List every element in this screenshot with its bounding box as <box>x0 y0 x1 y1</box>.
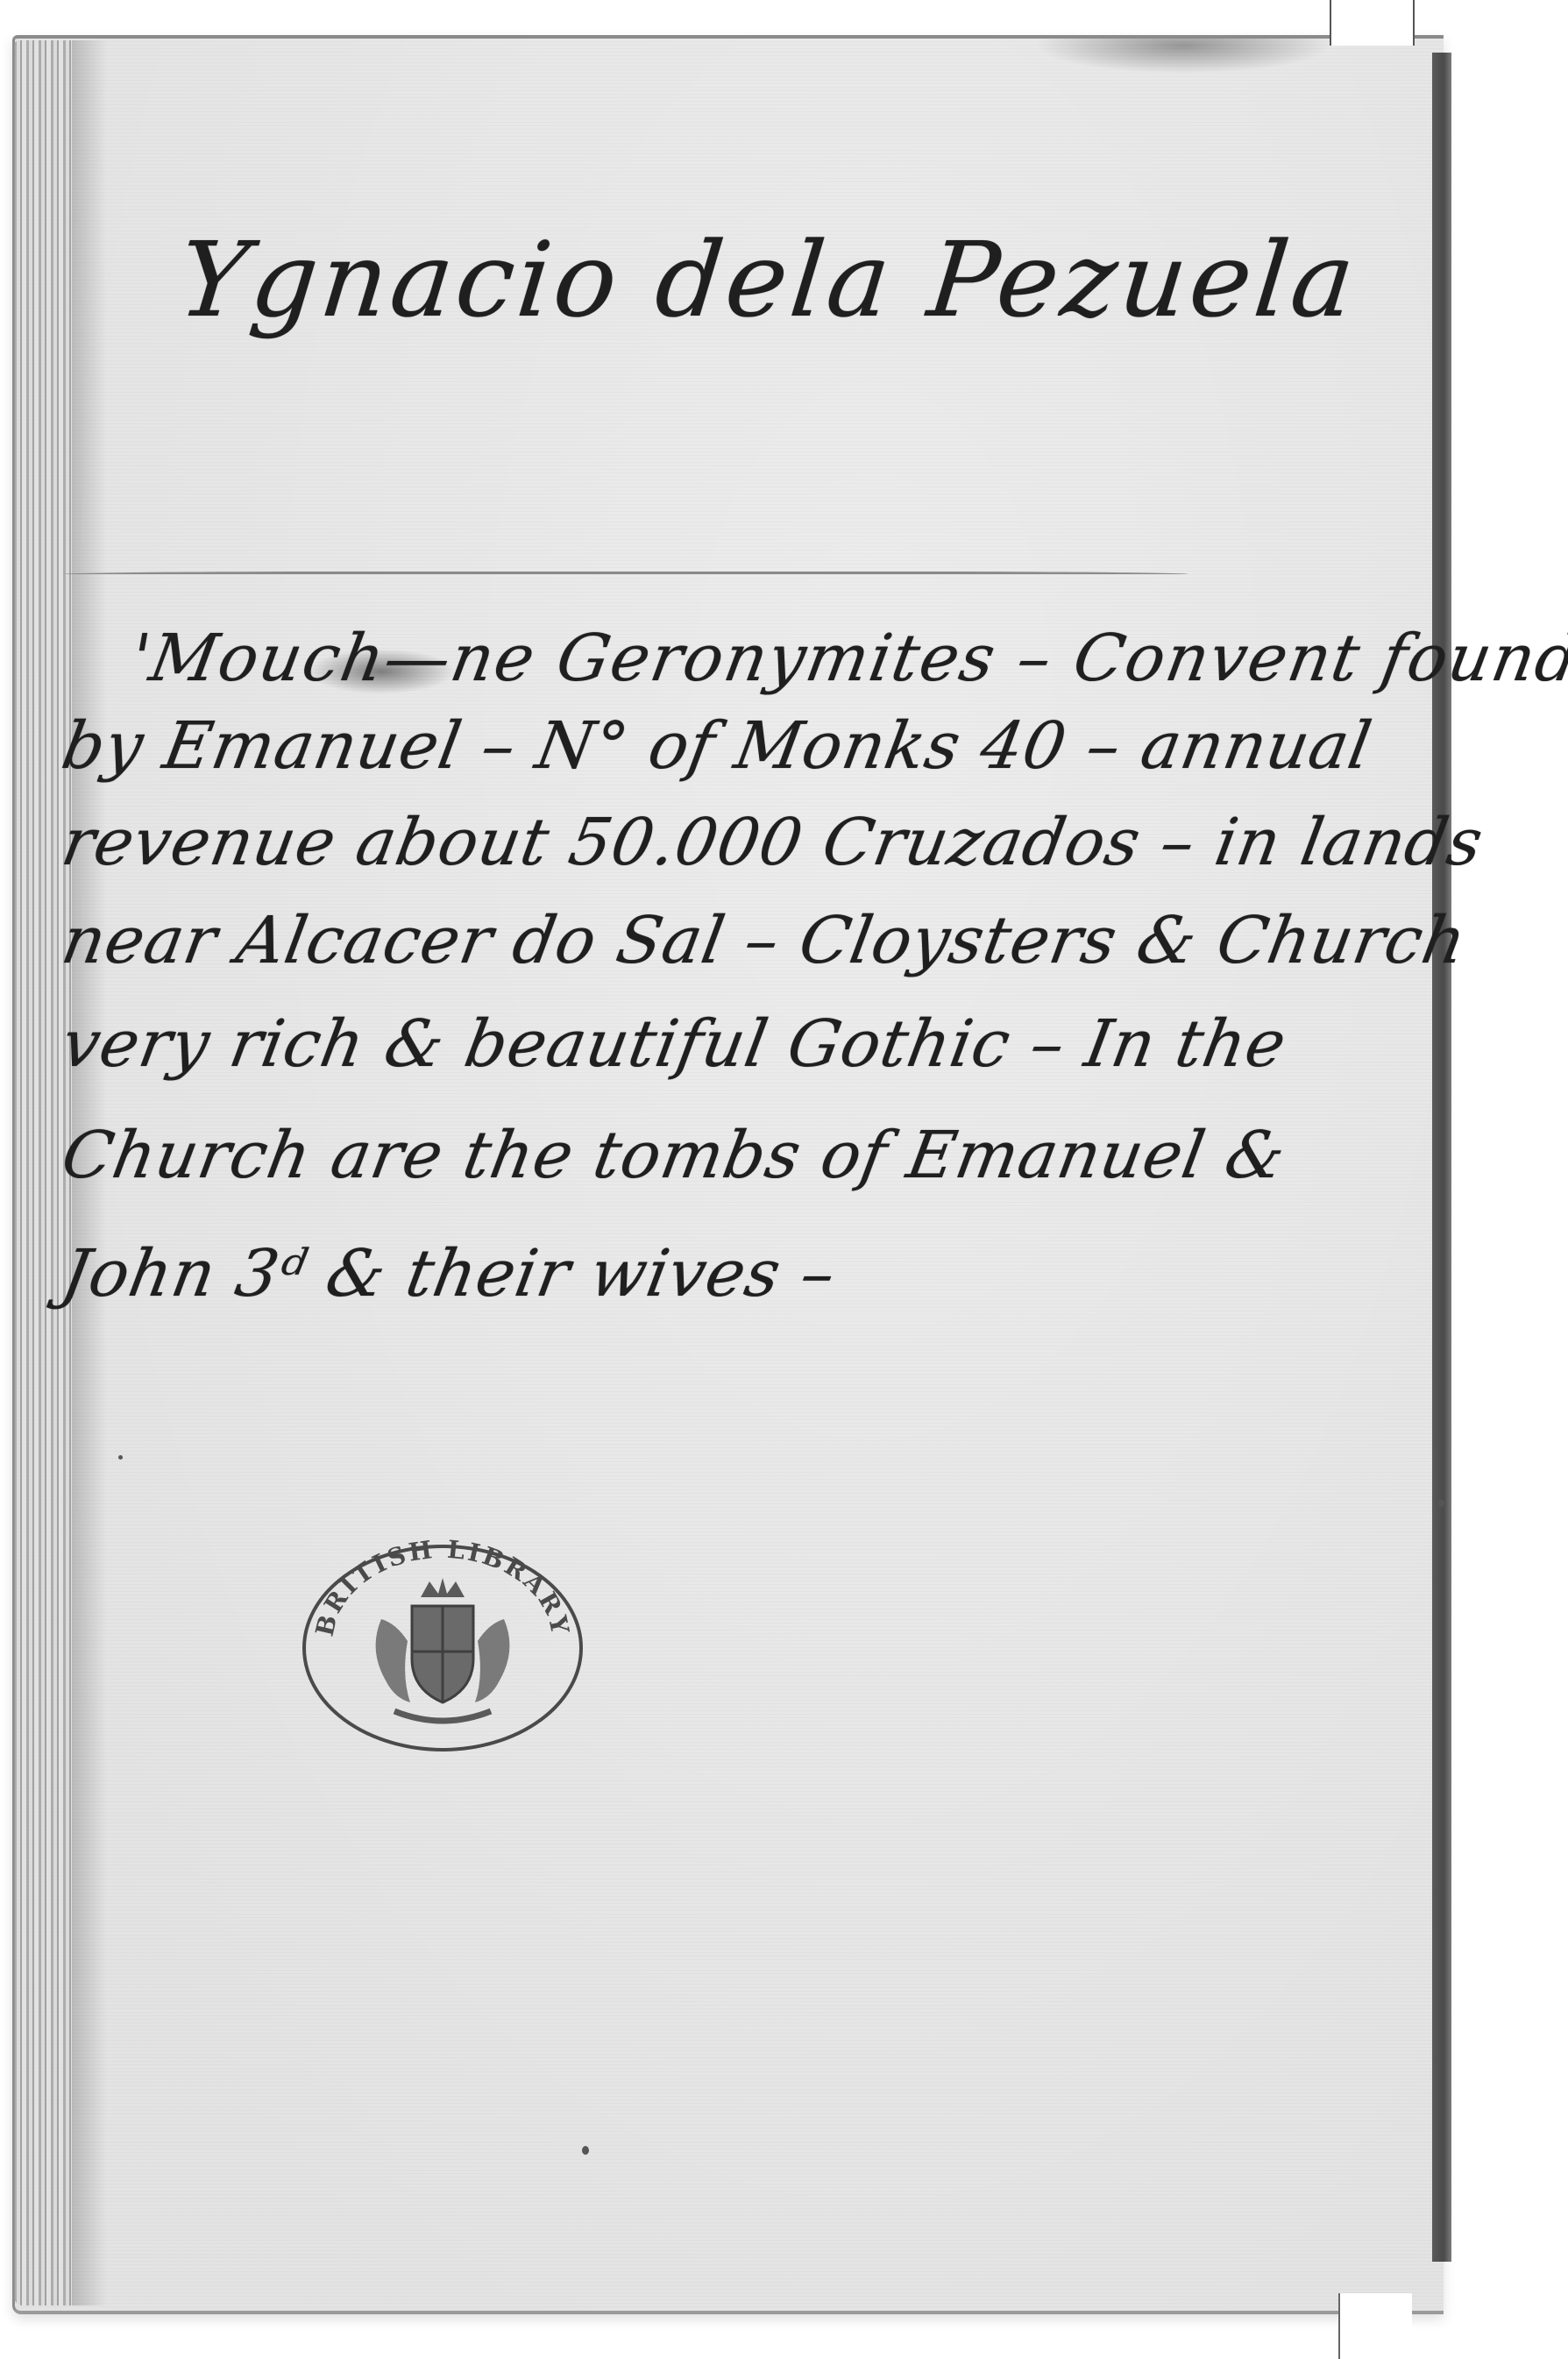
coat-of-arms-icon: BRITISH LIBRARY <box>298 1536 587 1755</box>
text-line-5: very rich & beautiful Gothic – In the <box>56 1006 1292 1082</box>
page-title: Ygnacio dela Pezuela <box>174 219 1364 340</box>
ink-speck <box>582 2146 589 2155</box>
text-line-7: John 3ᵈ & their wives – <box>56 1236 841 1311</box>
text-line-6: Church are the tombs of Emanuel & <box>56 1118 1291 1193</box>
binding-edge <box>1432 53 1451 2262</box>
ink-speck <box>1437 1499 1444 1508</box>
scanned-image: Ygnacio dela Pezuela 'Mouch—ne Geronymit… <box>0 0 1568 2359</box>
text-line-4: near Alcacer do Sal – Cloysters & Church <box>56 903 1472 978</box>
horizontal-rule <box>63 572 1188 574</box>
scan-tab-top <box>1330 0 1415 46</box>
text-line-1: 'Mouch—ne Geronymites – Convent founded <box>124 621 1568 696</box>
top-smudge <box>1034 39 1332 74</box>
scan-tab-bottom <box>1338 2293 1412 2359</box>
library-stamp: BRITISH LIBRARY <box>298 1536 587 1755</box>
text-line-3: revenue about 50.000 Cruzados – in lands <box>56 805 1488 880</box>
ink-speck <box>118 1455 123 1460</box>
text-line-2: by Emanuel – N° of Monks 40 – annual <box>56 708 1377 784</box>
